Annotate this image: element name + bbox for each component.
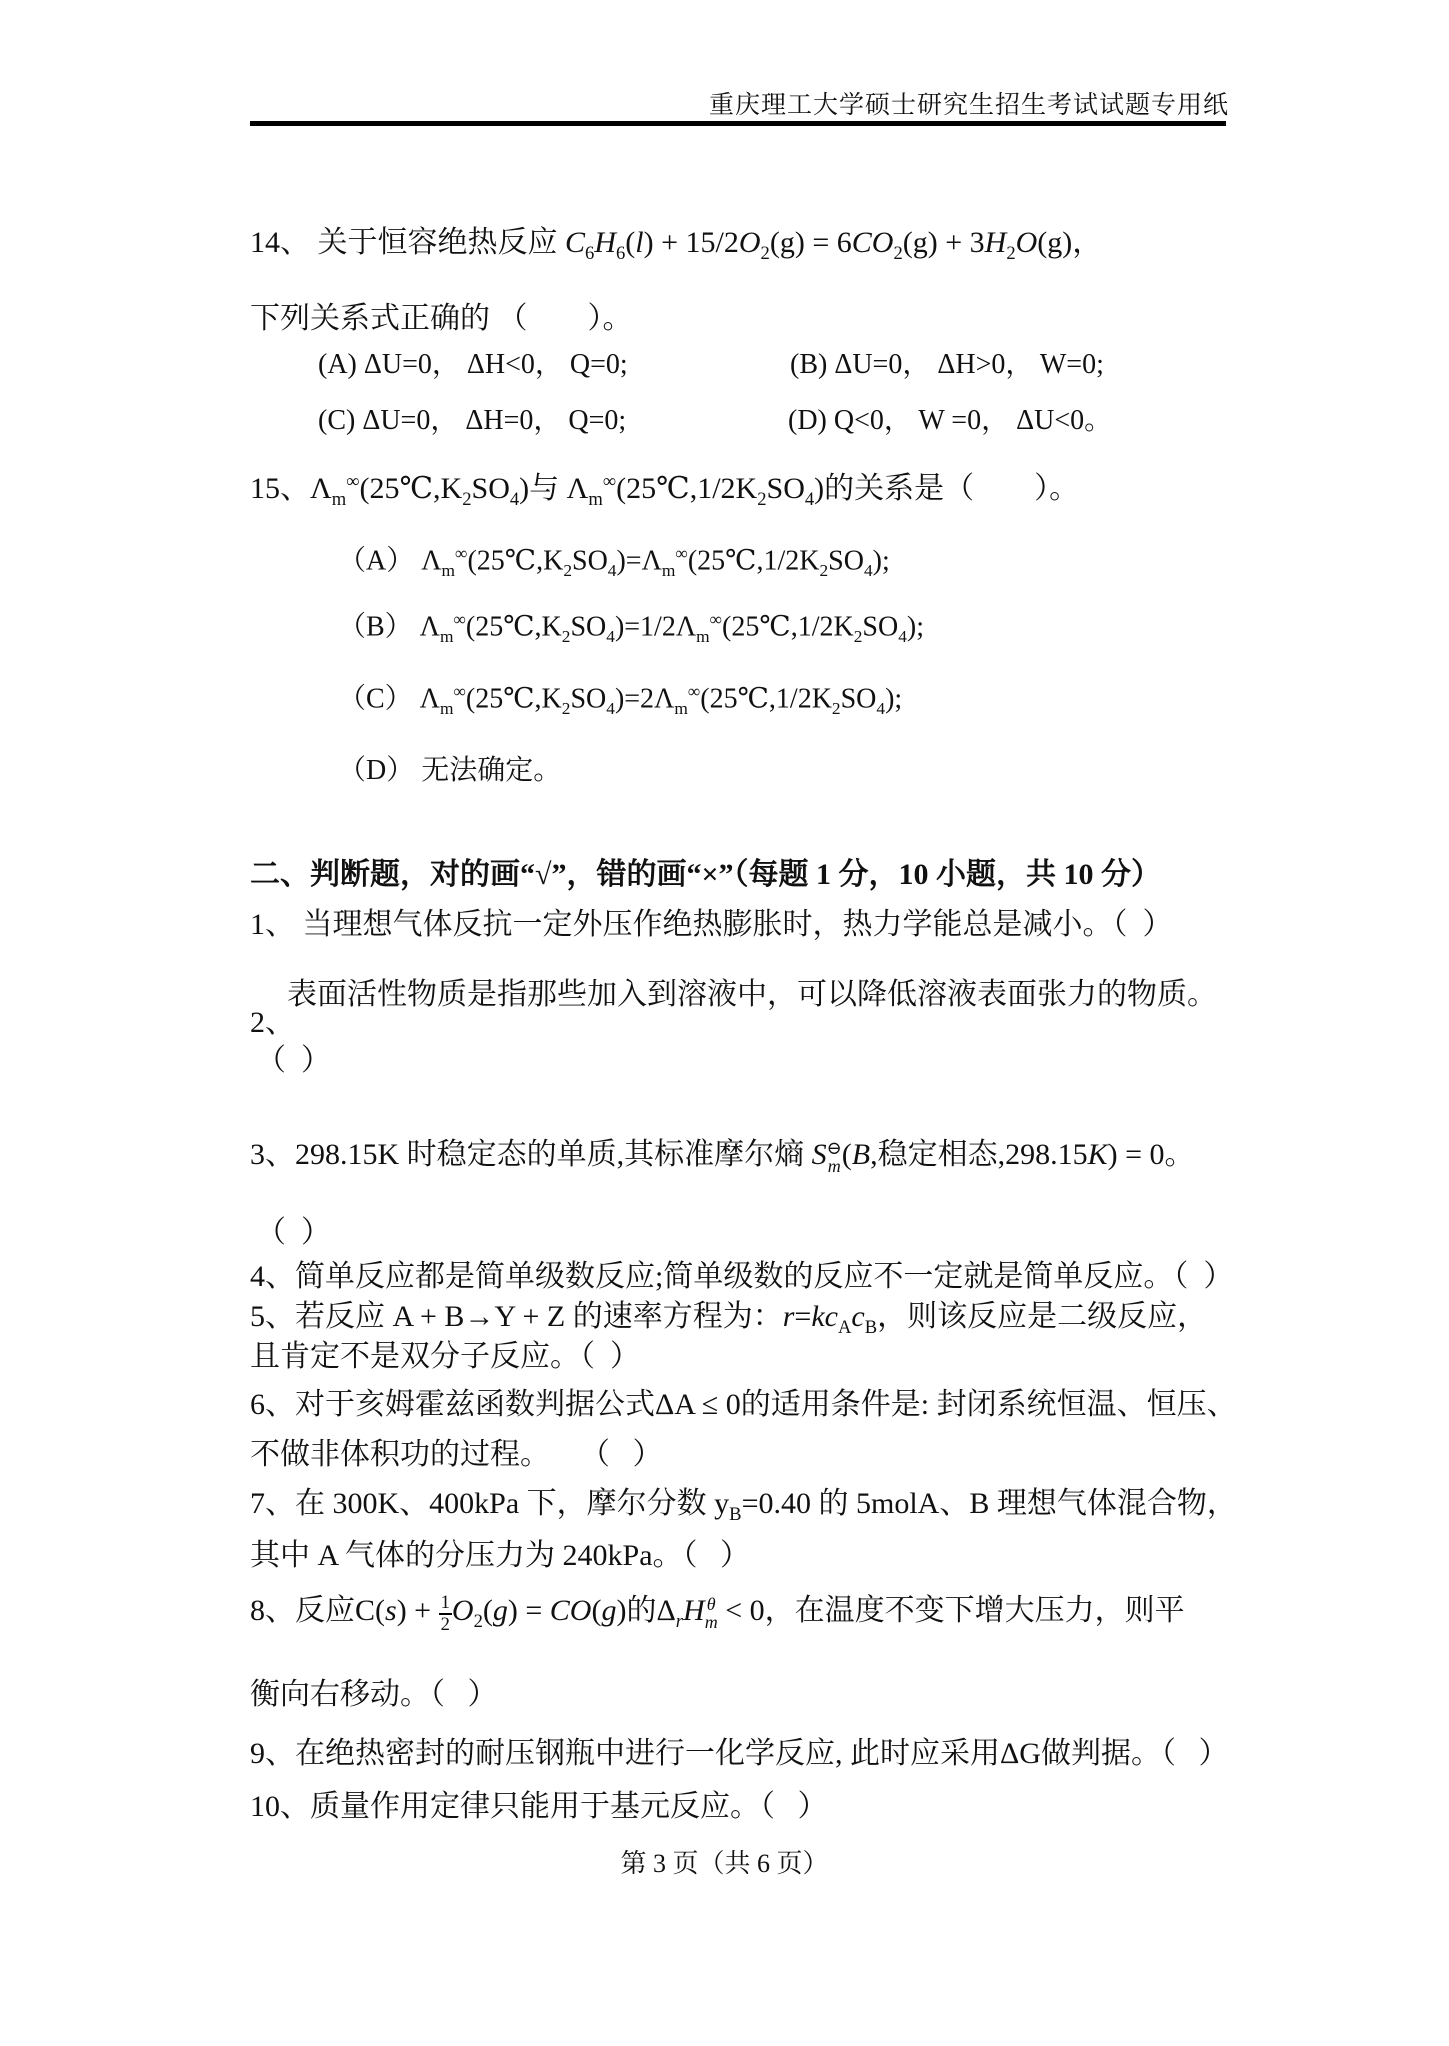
- tf-q10: 10、质量作用定律只能用于基元反应。（ ）: [250, 1788, 828, 1826]
- page-footer: 第 3 页（共 6 页）: [0, 1848, 1449, 1881]
- tf-q7-line2: 其中 A 气体的分压力为 240kPa。（ ）: [250, 1537, 750, 1575]
- exam-paper-page: 重庆理工大学硕士研究生招生考试试题专用纸 14、 关于恒容绝热反应 C6H6(l…: [0, 0, 1449, 2046]
- tf-q8-line1: 8、反应C(s) + 12O2(g) = CO(g)的ΔrHθm < 0，在温度…: [250, 1592, 1185, 1636]
- header-rule: [250, 121, 1226, 126]
- q15-option-c: （C） Λm∞(25℃,K2SO4)=2Λm∞(25℃,1/2K2SO4);: [338, 681, 902, 720]
- q14-stem-line2: 下列关系式正确的 （ ）。: [250, 300, 633, 338]
- tf-q2-text: 表面活性物质是指那些加入到溶液中，可以降低溶液表面张力的物质。: [287, 976, 1217, 1014]
- q14-option-d: (D) Q<0， W =0， ΔU<0。: [788, 403, 1112, 438]
- q15-stem: 15、Λm∞(25℃,K2SO4)与 Λm∞(25℃,1/2K2SO4)的关系是…: [250, 470, 1079, 511]
- q14-stem-line1: 14、 关于恒容绝热反应 C6H6(l) + 15/2O2(g) = 6CO2(…: [250, 224, 1102, 265]
- tf-q7-line1: 7、在 300K、400kPa 下，摩尔分数 yB=0.40 的 5molA、B…: [250, 1485, 1237, 1526]
- q15-option-b: （B） Λm∞(25℃,K2SO4)=1/2Λm∞(25℃,1/2K2SO4);: [338, 609, 924, 648]
- tf-q2-answer-blank: （ ）: [256, 1042, 331, 1080]
- tf-q5-line1: 5、若反应 A + B→Y + Z 的速率方程为：r=kcAcB，则该反应是二级…: [250, 1298, 1207, 1339]
- tf-q3: 3、298.15K 时稳定态的单质,其标准摩尔熵 S⊖m(B,稳定相态,298.…: [250, 1136, 1195, 1175]
- section2-heading: 二、判断题，对的画“√”，错的画“×”（每题 1 分，10 小题，共 10 分）: [250, 856, 1161, 894]
- tf-q5-line2: 且肯定不是双分子反应。（ ）: [250, 1338, 640, 1376]
- tf-q6-line1: 6、对于亥姆霍兹函数判据公式ΔA ≤ 0的适用条件是: 封闭系统恒温、恒压、: [250, 1386, 1237, 1424]
- tf-q2-number: 2、: [250, 1004, 295, 1042]
- q14-option-a: (A) ΔU=0， ΔH<0， Q=0;: [318, 347, 628, 382]
- q14-option-c: (C) ΔU=0， ΔH=0， Q=0;: [318, 403, 626, 438]
- tf-q3-answer-blank: （ ）: [256, 1214, 331, 1252]
- tf-q1: 1、 当理想气体反抗一定外压作绝热膨胀时，热力学能总是减小。（ ）: [250, 906, 1173, 944]
- tf-q8-line2: 衡向右移动。（ ）: [250, 1676, 498, 1714]
- tf-q6-line2: 不做非体积功的过程。 （ ）: [250, 1436, 663, 1474]
- page-header-title: 重庆理工大学硕士研究生招生考试试题专用纸: [709, 90, 1229, 121]
- tf-q9: 9、在绝热密封的耐压钢瓶中进行一化学反应, 此时应采用ΔG做判据。（ ）: [250, 1735, 1228, 1773]
- q15-option-a: （A） Λm∞(25℃,K2SO4)=Λm∞(25℃,1/2K2SO4);: [338, 543, 890, 582]
- q14-option-b: (B) ΔU=0， ΔH>0， W=0;: [790, 347, 1104, 382]
- q15-option-d: （D） 无法确定。: [338, 753, 561, 788]
- tf-q4: 4、简单反应都是简单级数反应;简单级数的反应不一定就是简单反应。（ ）: [250, 1258, 1233, 1296]
